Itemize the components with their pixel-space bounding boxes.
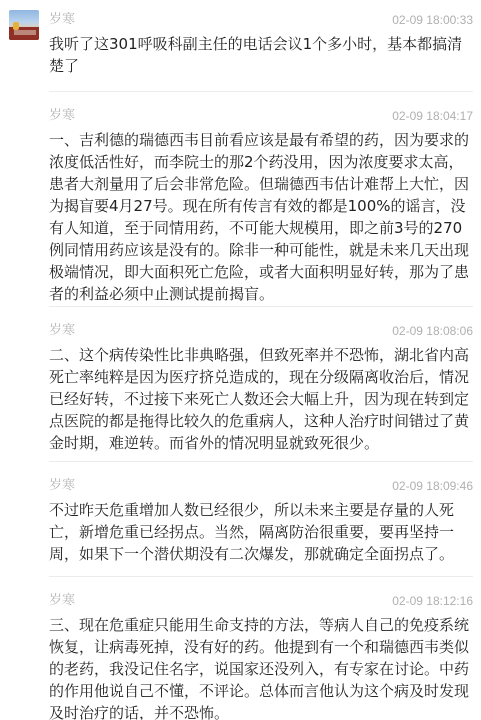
message-text: 一、吉利德的瑞德西韦目前看应该是最有希望的药，因为要求的浓度低活性好，而李院士的… xyxy=(49,129,473,305)
timestamp: 02-09 18:09:46 xyxy=(392,475,473,497)
message-item: 岁寒 02-09 18:08:06 二、这个病传染性比非典略强，但致死率并不恐怖… xyxy=(49,320,473,454)
message-divider xyxy=(49,576,473,577)
timestamp: 02-09 18:08:06 xyxy=(392,320,473,342)
message-text: 二、这个病传染性比非典略强，但致死率并不恐怖，湖北省内高死亡率纯粹是因为医疗挤兑… xyxy=(49,344,473,454)
message-item: 岁寒 02-09 18:09:46 不过昨天危重增加人数已经很少，所以未来主要是… xyxy=(49,475,473,565)
message-header: 岁寒 02-09 18:12:16 xyxy=(49,590,473,612)
timestamp: 02-09 18:00:33 xyxy=(392,9,473,31)
avatar-image-sign xyxy=(14,30,36,35)
message-item: 岁寒 02-09 18:04:17 一、吉利德的瑞德西韦目前看应该是最有希望的药… xyxy=(49,105,473,305)
message-text: 三、现在危重症只能用生命支持的方法，等病人自己的免疫系统恢复，让病毒死掉，没有好… xyxy=(49,614,473,720)
message-header: 岁寒 02-09 18:00:33 xyxy=(49,9,473,31)
message-header: 岁寒 02-09 18:04:17 xyxy=(49,105,473,127)
author-name[interactable]: 岁寒 xyxy=(49,105,75,127)
avatar[interactable] xyxy=(9,10,39,40)
message-item: 岁寒 02-09 18:00:33 我听了这301呼吸科副主任的电话会议1个多小… xyxy=(49,9,473,77)
message-divider xyxy=(49,91,473,92)
message-item: 岁寒 02-09 18:12:16 三、现在危重症只能用生命支持的方法，等病人自… xyxy=(49,590,473,720)
message-divider xyxy=(49,461,473,462)
timestamp: 02-09 18:04:17 xyxy=(392,105,473,127)
author-name[interactable]: 岁寒 xyxy=(49,320,75,342)
message-header: 岁寒 02-09 18:09:46 xyxy=(49,475,473,497)
author-name[interactable]: 岁寒 xyxy=(49,9,75,31)
author-name[interactable]: 岁寒 xyxy=(49,475,75,497)
author-name[interactable]: 岁寒 xyxy=(49,590,75,612)
timestamp: 02-09 18:12:16 xyxy=(392,590,473,612)
message-header: 岁寒 02-09 18:08:06 xyxy=(49,320,473,342)
message-divider xyxy=(49,306,473,307)
message-text: 不过昨天危重增加人数已经很少，所以未来主要是存量的人死亡，新增危重已经拐点。当然… xyxy=(49,499,473,565)
avatar-image-person xyxy=(13,22,19,30)
message-text: 我听了这301呼吸科副主任的电话会议1个多小时，基本都搞清楚了 xyxy=(49,33,473,77)
